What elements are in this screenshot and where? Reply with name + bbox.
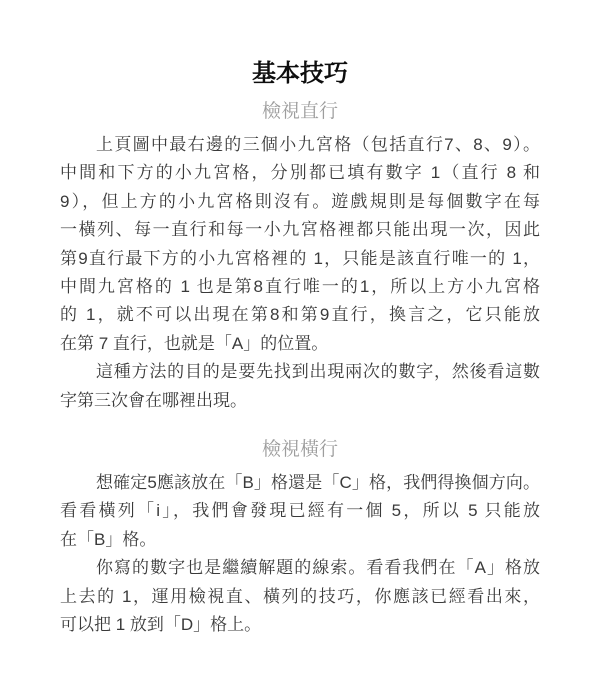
body-line: 第9直行最下方的小九宮格裡的 1，只能是該直行唯一的 1，: [60, 245, 540, 273]
body-line: 中間九宮格的 1 也是第8直行唯一的1，所以上方小九宮格: [60, 273, 540, 301]
body-line: 在「B」格。: [60, 526, 540, 554]
body-line: 可以把 1 放到「D」格上。: [60, 611, 540, 639]
section-heading: 檢視橫行: [0, 437, 600, 463]
section: 檢視橫行想確定5應該放在「B」格還是「C」格，我們得換個方向。看看橫列「i」，我…: [0, 437, 600, 639]
body-line: 9），但上方的小九宮格則沒有。遊戲規則是每個數字在每: [60, 188, 540, 216]
body-line: 中間和下方的小九宮格，分別都已填有數字 1（直行 8 和: [60, 159, 540, 187]
body-line: 的 1，就不可以出現在第8和第9直行，換言之，它只能放: [60, 301, 540, 329]
section-paragraphs: 上頁圖中最右邊的三個小九宮格（包括直行7、8、9）。中間和下方的小九宮格，分別都…: [0, 131, 600, 415]
body-line: 看看橫列「i」，我們會發現已經有一個 5，所以 5 只能放: [60, 497, 540, 525]
book-page: 基本技巧 檢視直行上頁圖中最右邊的三個小九宮格（包括直行7、8、9）。中間和下方…: [0, 0, 600, 695]
body-line: 字第三次會在哪裡出現。: [60, 387, 540, 415]
body-line: 這種方法的目的是要先找到出現兩次的數字，然後看這數: [60, 358, 540, 386]
section: 檢視直行上頁圖中最右邊的三個小九宮格（包括直行7、8、9）。中間和下方的小九宮格…: [0, 99, 600, 415]
page-body: 檢視直行上頁圖中最右邊的三個小九宮格（包括直行7、8、9）。中間和下方的小九宮格…: [0, 99, 600, 640]
body-line: 你寫的數字也是繼續解題的線索。看看我們在「A」格放: [60, 554, 540, 582]
body-line: 上頁圖中最右邊的三個小九宮格（包括直行7、8、9）。: [60, 131, 540, 159]
body-line: 一橫列、每一直行和每一小九宮格裡都只能出現一次，因此: [60, 216, 540, 244]
page-title: 基本技巧: [0, 58, 600, 90]
section-paragraphs: 想確定5應該放在「B」格還是「C」格，我們得換個方向。看看橫列「i」，我們會發現…: [0, 469, 600, 639]
body-line: 在第 7 直行，也就是「A」的位置。: [60, 330, 540, 358]
body-line: 想確定5應該放在「B」格還是「C」格，我們得換個方向。: [60, 469, 540, 497]
body-line: 上去的 1，運用檢視直、橫列的技巧，你應該已經看出來，: [60, 583, 540, 611]
section-heading: 檢視直行: [0, 99, 600, 125]
